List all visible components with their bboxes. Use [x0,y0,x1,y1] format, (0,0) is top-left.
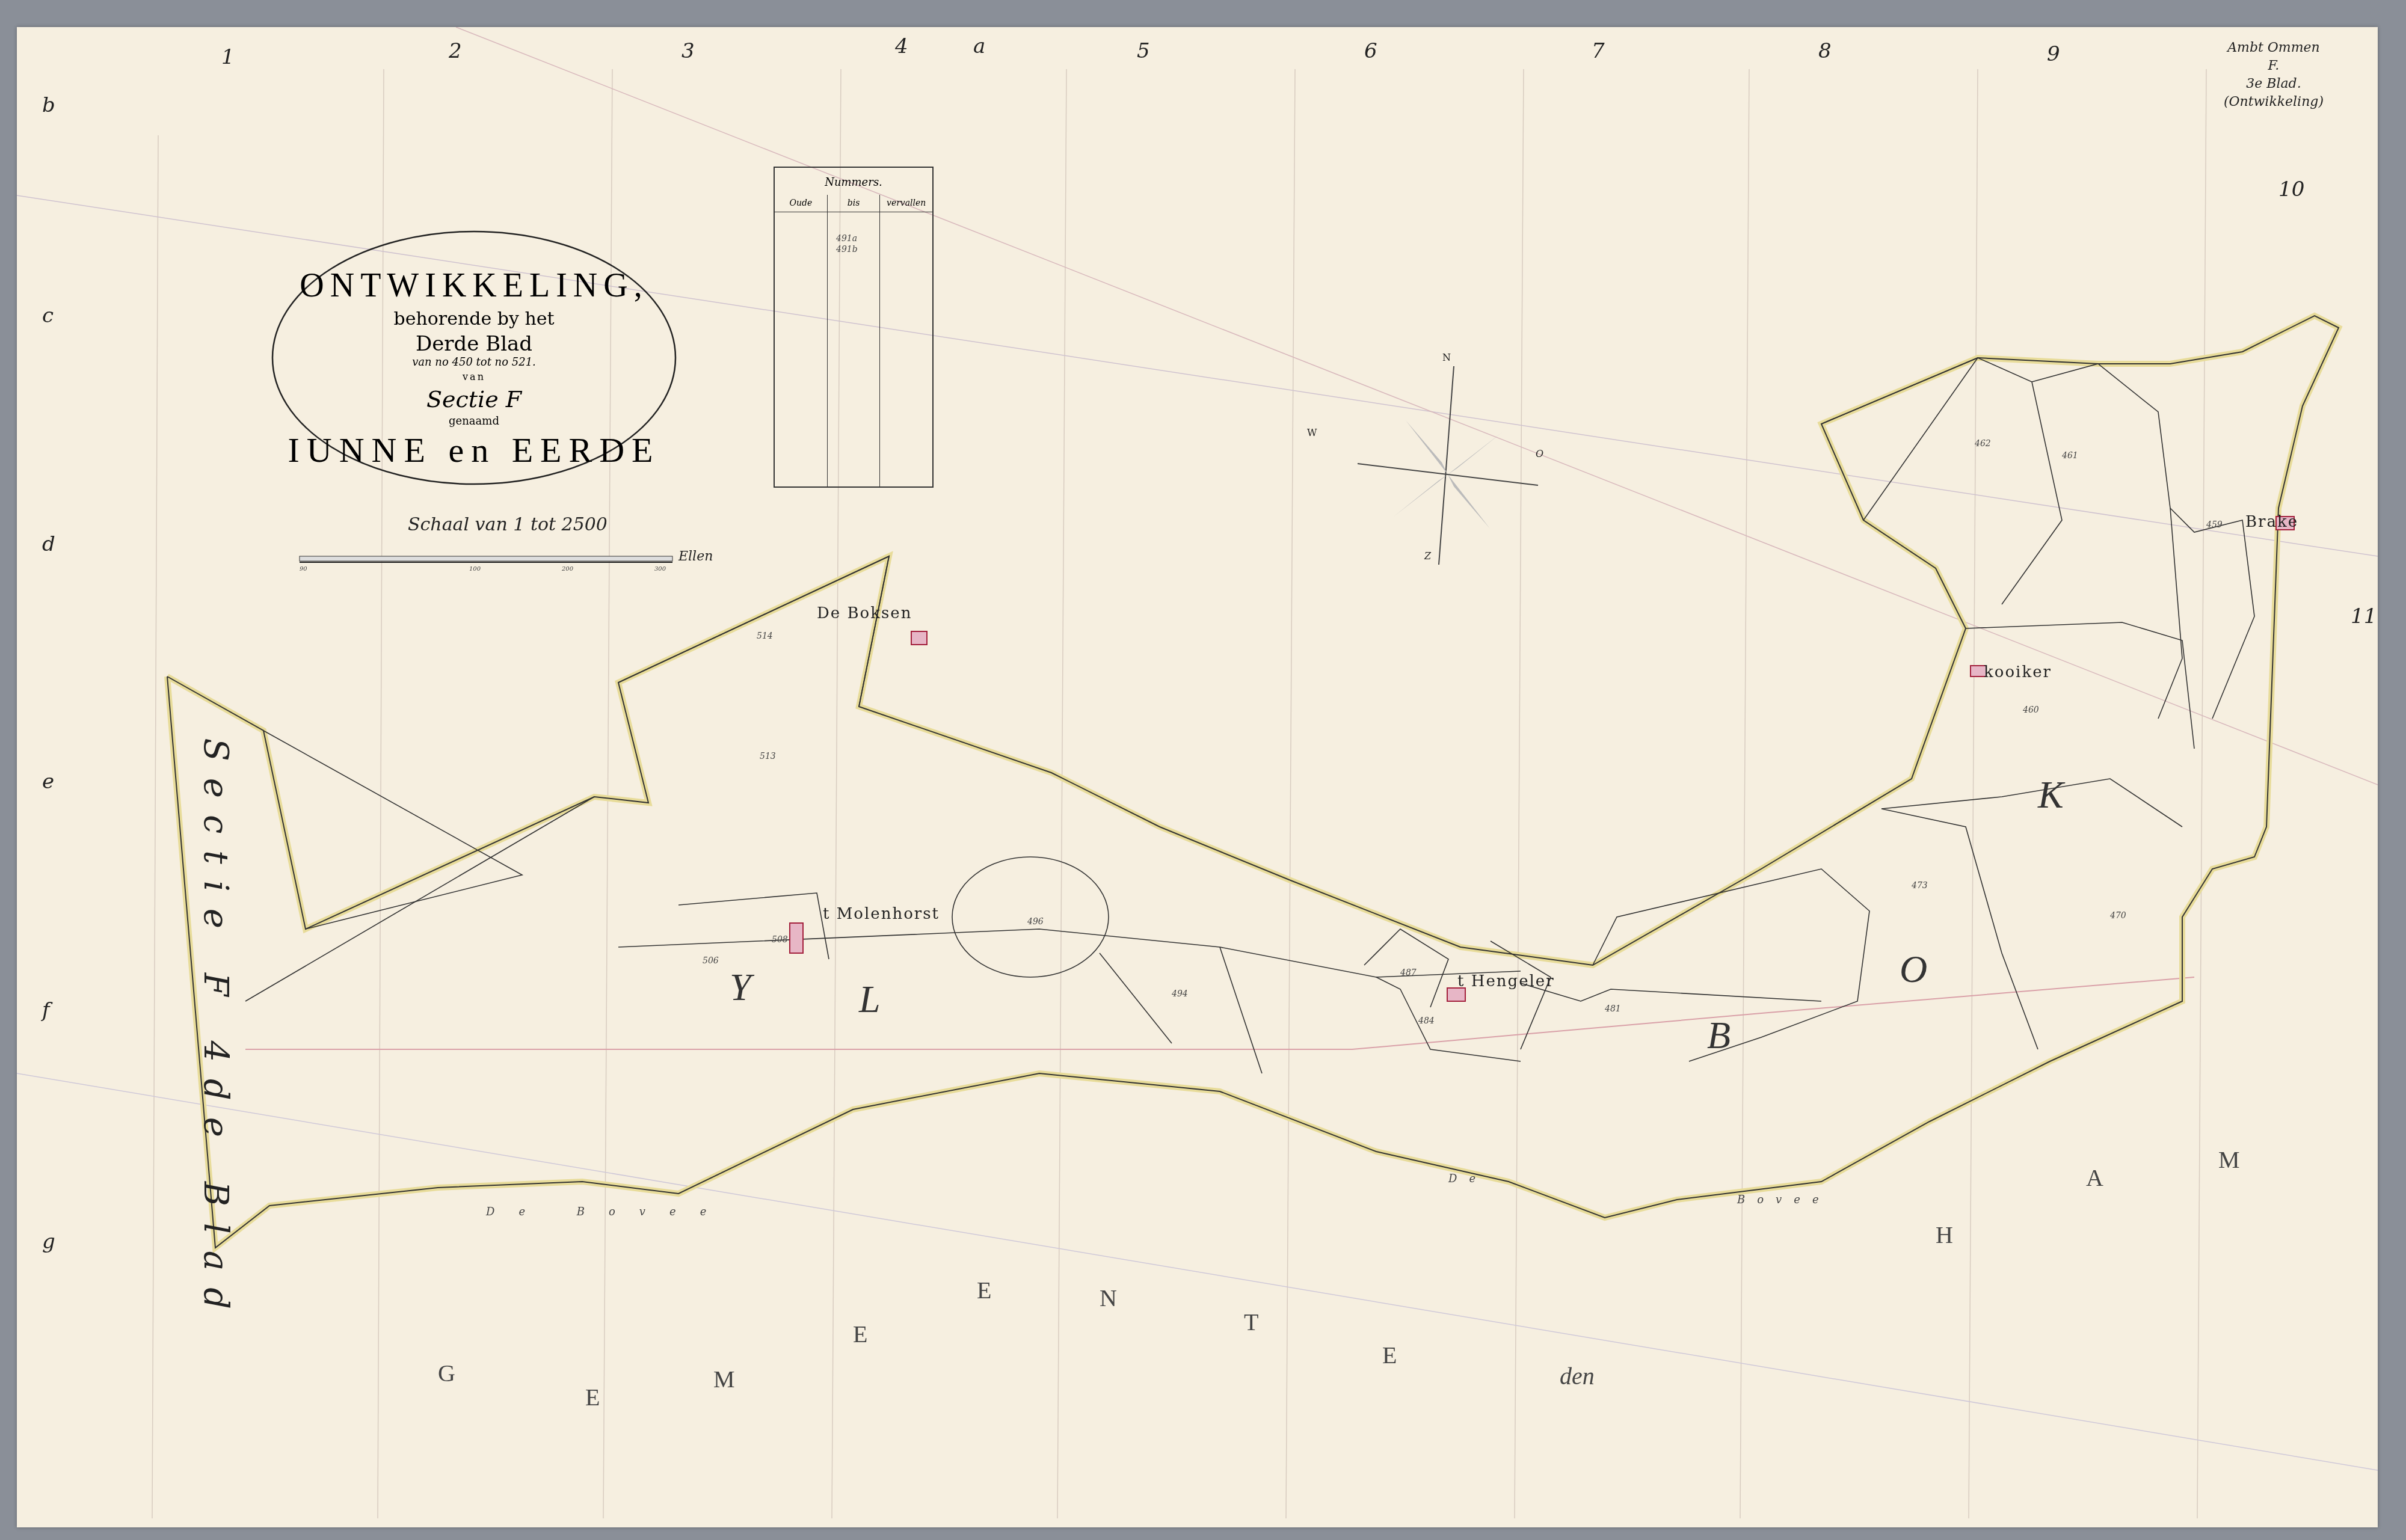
river-label: Bovee [1737,1194,1831,1206]
grid-row-label: b [42,93,55,117]
river-label: De Bovee [486,1206,730,1218]
adjacent-section-label: Sectie F 4de Blad [196,738,235,1280]
grid-row-label: e [42,770,54,794]
scale-tick: 90 [300,566,307,572]
area-letter: O [1900,947,1927,992]
parcel-number: 496 [1027,917,1044,927]
gemeente-letter: E [853,1320,867,1348]
bis-value: 491a [836,234,857,244]
place-hengeler: t Hengeler [1457,972,1555,990]
scale-tick: 200 [562,566,573,572]
compass-east: O [1536,448,1543,459]
gemeente-letter: N [1100,1284,1117,1312]
annotation-line: (Ontwikkeling) [2224,93,2324,111]
scale-tick: 100 [469,566,481,572]
van-label: van [269,371,678,382]
grid-row-label: 11 [2351,604,2377,628]
parcel-number: 494 [1172,989,1188,999]
gemeente-letter: E [1382,1341,1397,1369]
number-range: van no 450 tot no 521. [269,356,678,369]
annotation-line: Ambt Ommen [2224,39,2324,57]
gemeente-letter: G [438,1359,455,1387]
river-label: De [1448,1173,1488,1185]
numbers-table-header: Nummers. [775,176,932,189]
gemeente-letter: den [1560,1362,1595,1390]
gemeente-letter: H [1936,1221,1953,1249]
parcel-number: 484 [1418,1016,1435,1026]
grid-row-label: 10 [2278,177,2304,201]
place-kooiker: kooiker [1984,663,2052,681]
area-letter: B [1707,1013,1731,1058]
section-name: Sectie F [269,386,678,413]
parcel-number: 460 [2023,705,2039,715]
place-molenhorst: t Molenhorst [823,905,940,923]
place-de-boksen: De Boksen [817,604,912,622]
grid-col-label: 8 [1818,39,1832,63]
gemeente-letter: M [713,1365,735,1393]
parcel-number: 459 [2206,520,2223,530]
scale-title: Schaal van 1 tot 2500 [408,514,608,535]
grid-col-label: 3 [681,39,695,63]
numbers-table: Nummers. Oude bis vervallen 491a 491b [774,167,934,488]
genaamd-label: genaamd [269,415,678,428]
column-oude: Oude [775,195,827,212]
area-letter: L [859,977,881,1022]
title-cartouche: ONTWIKKELING, behorende by het Derde Bla… [269,225,678,454]
sheet-annotation: Ambt Ommen F. 3e Blad. (Ontwikkeling) [2224,39,2324,111]
parcel-number: 514 [757,631,773,641]
map-title: ONTWIKKELING, [269,266,678,305]
gemeente-letter: A [2086,1164,2103,1192]
annotation-line: F. [2224,57,2324,75]
compass-south: Z [1424,550,1431,562]
column-vervallen: vervallen [880,195,932,212]
compass-west: W [1307,427,1317,438]
grid-col-label: 2 [449,39,462,63]
grid-row-label: g [42,1230,55,1254]
grid-col-label: 9 [2047,42,2060,66]
parcel-number: 462 [1975,439,1991,449]
compass-north: N [1442,352,1451,363]
grid-row-label: d [42,532,55,556]
grid-col-label: 4 [895,34,908,58]
place-brake: Brake [2245,513,2298,531]
gemeente-letter: E [977,1276,991,1304]
parcel-number: 481 [1605,1004,1621,1014]
parcel-number: 506 [703,956,719,966]
place-name: IUNNE en EERDE [269,430,678,470]
parcel-number: 508 [772,935,788,945]
area-letter: Y [730,965,751,1010]
column-bis: bis [827,195,881,212]
map-sheet: Nummers. Oude bis vervallen 491a 491b ON… [17,27,2378,1527]
annotation-line: 3e Blad. [2224,75,2324,93]
sheet-name: Derde Blad [269,332,678,356]
grid-col-label: a [973,34,985,58]
scale-bar [300,556,672,562]
grid-col-label: 7 [1592,39,1605,63]
gemeente-letter: E [585,1383,600,1411]
scale-unit: Ellen [678,549,713,564]
gemeente-letter: T [1244,1308,1258,1336]
grid-row-label: c [42,304,54,328]
parcel-number: 470 [2110,911,2126,921]
grid-row-label: f [42,998,50,1022]
parcel-number: 513 [760,752,776,761]
parcel-number: 487 [1400,968,1417,978]
area-letter: K [2038,773,2064,817]
parcel-number: 461 [2062,451,2078,461]
grid-col-label: 6 [1364,39,1377,63]
scale-tick: 300 [654,566,666,572]
bis-value: 491b [836,245,858,254]
compass-rose [1358,366,1538,565]
grid-col-label: 5 [1137,39,1150,63]
parcel-number: 473 [1912,881,1928,891]
map-subtitle: behorende by het [269,308,678,330]
gemeente-letter: M [2218,1146,2240,1174]
grid-col-label: 1 [221,45,235,69]
